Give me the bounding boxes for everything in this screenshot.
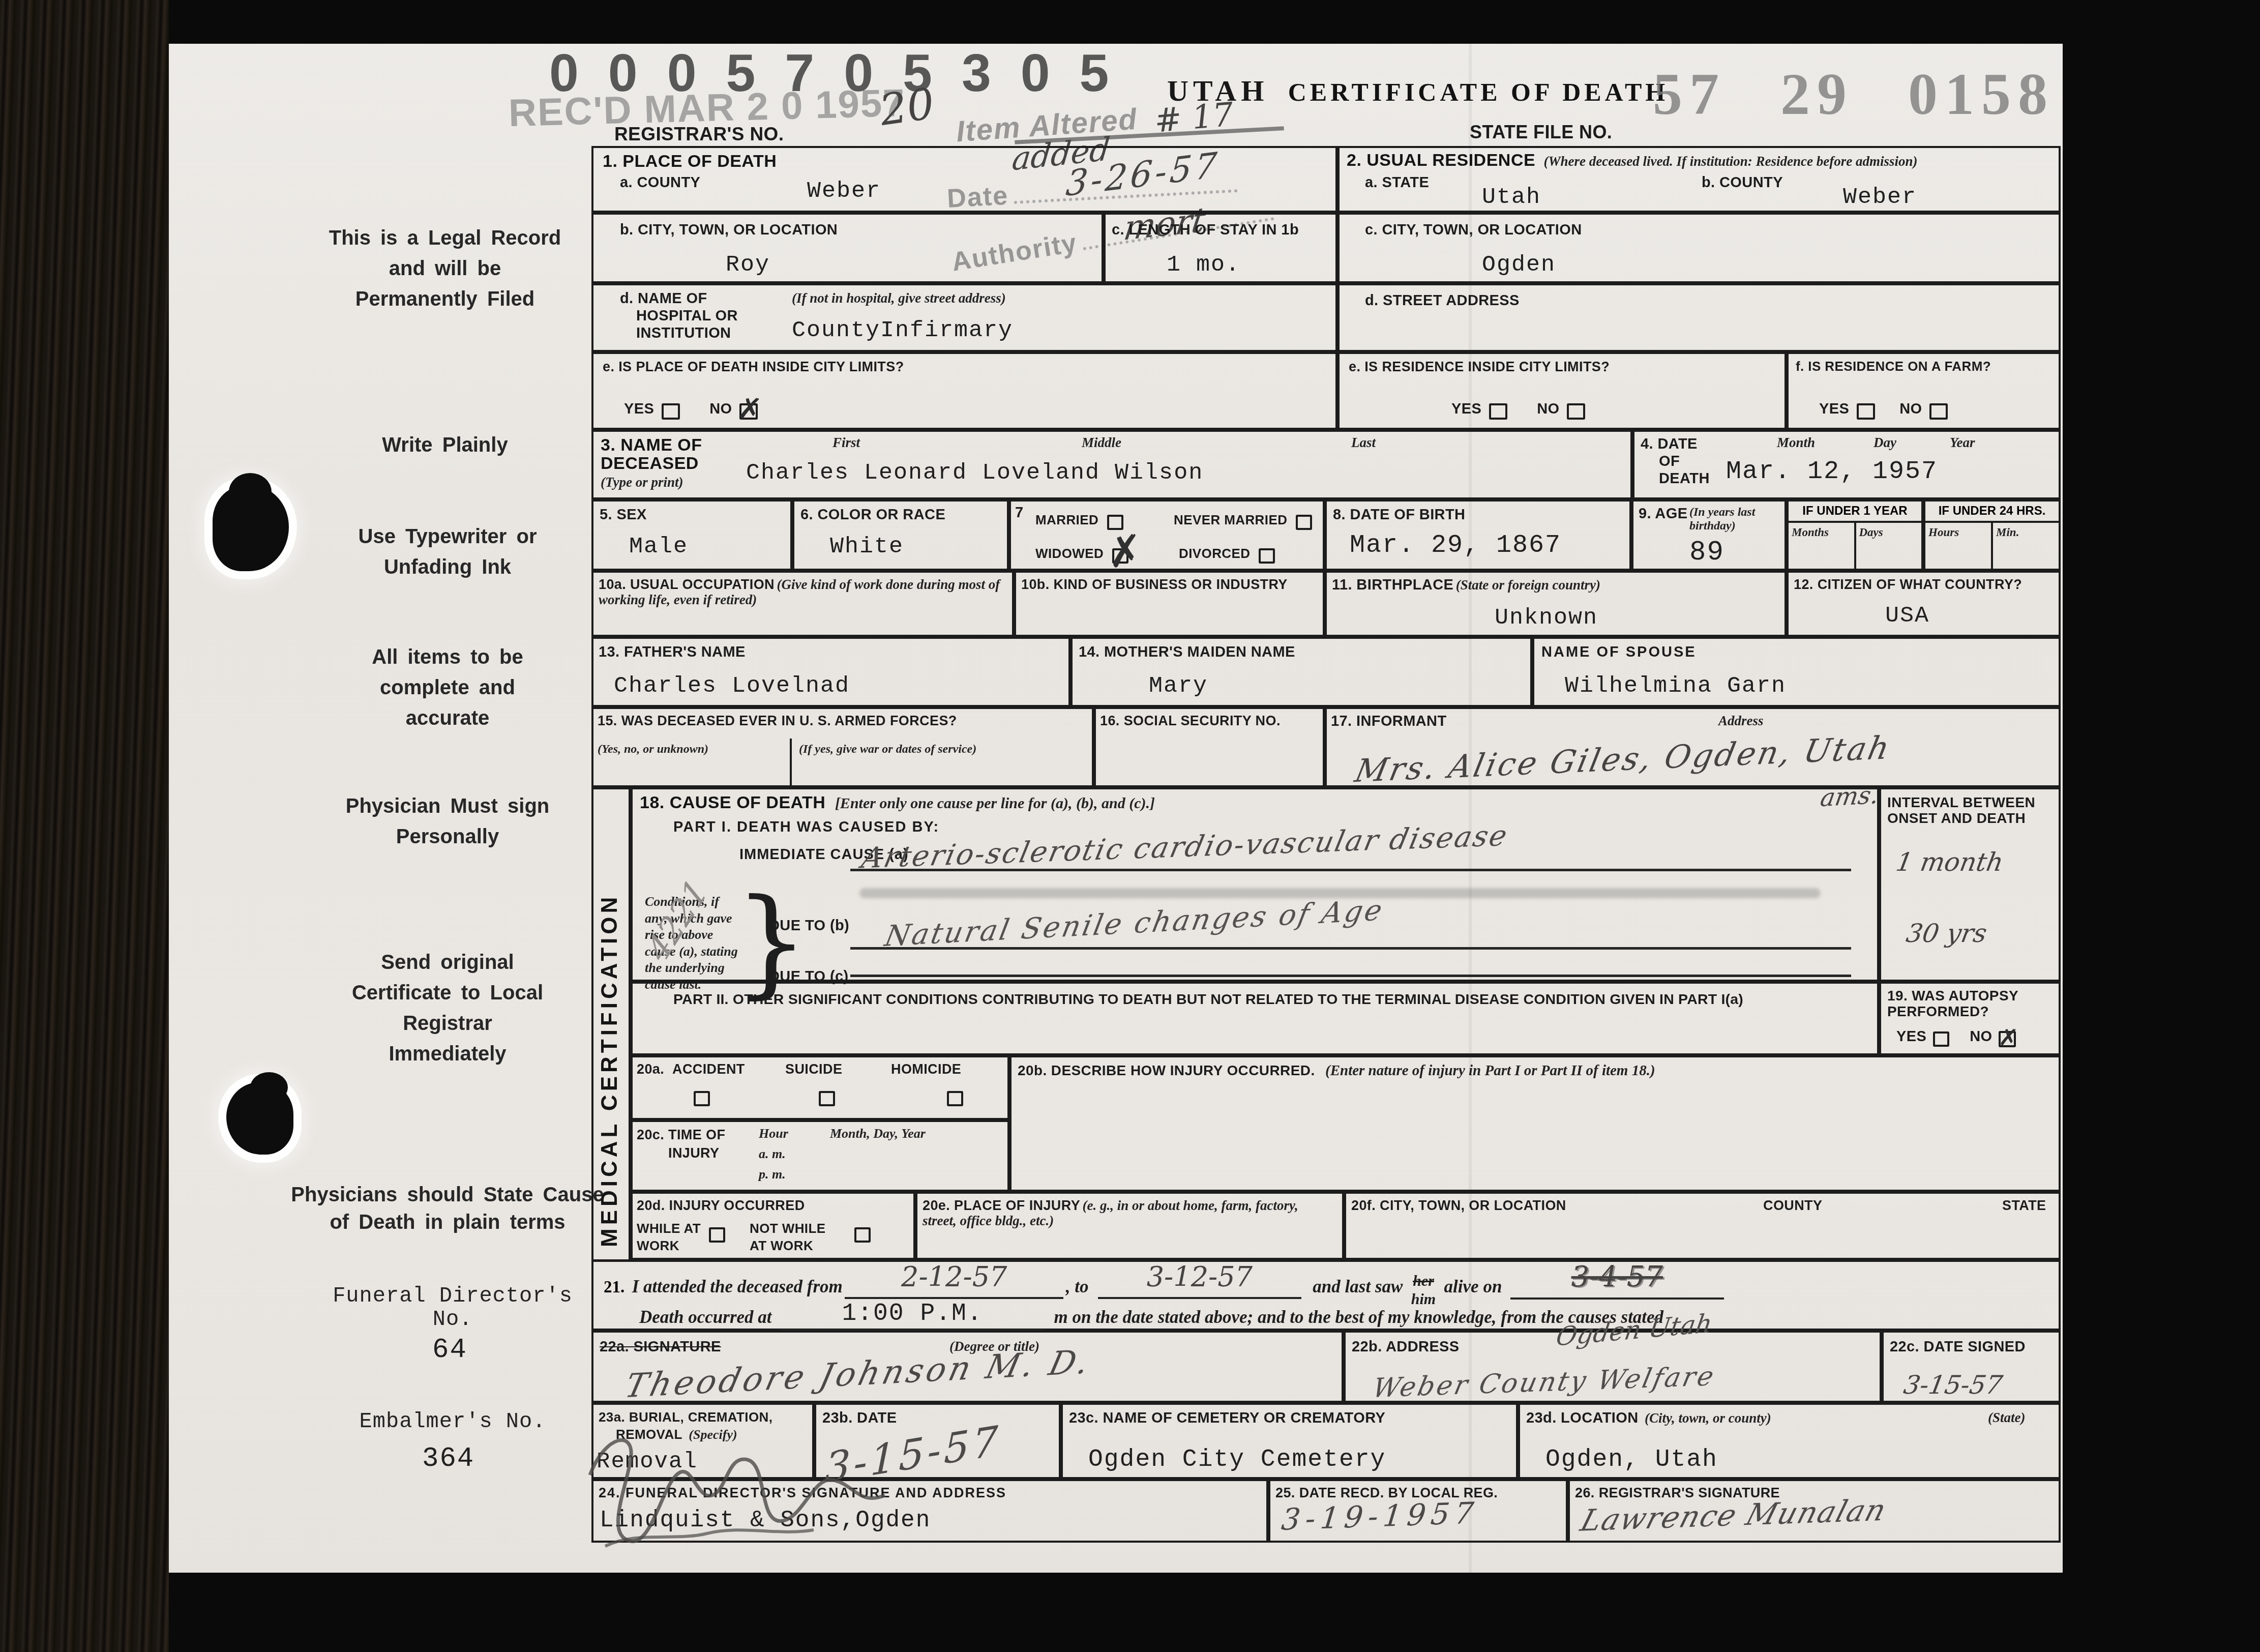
her-struck: her — [1411, 1272, 1436, 1290]
margin-note-plain-terms: Physicians should State Cause of Death i… — [285, 1181, 610, 1236]
homicide-label: HOMICIDE — [891, 1061, 961, 1077]
cell-cause-of-death: 18. CAUSE OF DEATH [Enter only one cause… — [631, 787, 1879, 982]
month-label: Month — [1777, 435, 1815, 450]
physician-address-label: 22b. ADDRESS — [1352, 1339, 1460, 1355]
length-of-stay-label: c. LENGTH OF STAY IN 1b — [1112, 222, 1299, 238]
date-signed-value: 3-15-57 — [1902, 1372, 2005, 1398]
mdy-label: Month, Day, Year — [830, 1126, 926, 1141]
hospital-label-3: INSTITUTION — [636, 325, 731, 341]
under-1-year-cols: Months Days — [1789, 523, 1921, 570]
not-while-at-work-checkbox — [854, 1227, 871, 1243]
birthplace-labels: 11. BIRTHPLACE (State or foreign country… — [1332, 577, 1600, 593]
cell-industry: 10b. KIND OF BUSINESS OR INDUSTRY — [1014, 571, 1325, 637]
cemetery-label: 23c. NAME OF CEMETERY OR CREMATORY — [1069, 1410, 1385, 1426]
cell-mother-name: 14. MOTHER'S MAIDEN NAME Mary — [1070, 637, 1532, 707]
no-label: NO — [1899, 401, 1922, 417]
hour-label: Hour — [759, 1126, 788, 1141]
accident-checkbox — [694, 1091, 710, 1106]
attended-line-1: 21. I attended the deceased from 2-12-57… — [604, 1269, 1724, 1309]
yes-label: YES — [1451, 401, 1481, 417]
cause-b-line — [850, 947, 1851, 950]
under-1-year-header: IF UNDER 1 YEAR — [1789, 501, 1921, 523]
cell-interval: INTERVAL BETWEEN ONSET AND DEATH 1 month… — [1879, 787, 2061, 982]
months-col: Months — [1789, 523, 1856, 570]
interval-a-value: 1 month — [1894, 849, 2006, 875]
armed-forces-hint-2: (If yes, give war or dates of service) — [799, 743, 1084, 756]
length-of-stay-value: 1 mo. — [1167, 253, 1240, 276]
cell-city-of-death: b. CITY, TOWN, OR LOCATION Roy — [591, 213, 1104, 283]
cell-citizenship: 12. CITIZEN OF WHAT COUNTRY? USA — [1787, 571, 2061, 637]
age-label: 9. AGE — [1639, 506, 1687, 522]
injury-state-label: STATE — [2002, 1198, 2046, 1213]
mother-name-value: Mary — [1149, 674, 1208, 697]
cell-marital-status: 7 MARRIED NEVER MARRIED WIDOWED ✗ DIVORC… — [1009, 499, 1325, 571]
title-utah: UTAH — [1167, 74, 1268, 107]
cell-injury-location: 20f. CITY, TOWN, OR LOCATION COUNTY STAT… — [1344, 1192, 2061, 1260]
color-race-value: White — [830, 535, 904, 558]
cell-cemetery: 23c. NAME OF CEMETERY OR CREMATORY Ogden… — [1061, 1403, 1518, 1479]
residence-farm-options: YES NO — [1819, 401, 1948, 420]
cell-armed-forces: 15. WAS DECEASED EVER IN U. S. ARMED FOR… — [591, 707, 1094, 787]
cell-residence-city-limits: e. IS RESIDENCE INSIDE CITY LIMITS? YES … — [1337, 352, 1787, 430]
yes-label: YES — [624, 401, 654, 417]
father-name-value: Charles Lovelnad — [614, 674, 850, 697]
residence-city-limits-options: YES NO — [1451, 401, 1585, 420]
cell-place-of-injury: 20e. PLACE OF INJURY (e. g., in or about… — [915, 1192, 1344, 1260]
day-label: Day — [1874, 435, 1896, 450]
state-file-no-label: STATE FILE NO. — [1470, 122, 1612, 142]
armed-forces-divider — [790, 739, 792, 787]
cell-describe-injury: 20b. DESCRIBE HOW INJURY OCCURRED. (Ente… — [1009, 1055, 2061, 1192]
injury-city-label: 20f. CITY, TOWN, OR LOCATION — [1351, 1198, 1566, 1213]
burial-location-value: Ogden, Utah — [1545, 1448, 1718, 1472]
residence-city-value: Ogden — [1482, 253, 1556, 276]
cell-autopsy: 19. WAS AUTOPSY PERFORMED? YES NO ✗ — [1879, 982, 2061, 1055]
divorced-option: DIVORCED — [1179, 546, 1275, 564]
cell-name-of-deceased: 3. NAME OF DECEASED (Type or print) Firs… — [591, 430, 1632, 499]
cell-usual-residence: 2. USUAL RESIDENCE (Where deceased lived… — [1337, 146, 2061, 213]
cell-under-1-year: IF UNDER 1 YEAR Months Days — [1787, 499, 1923, 571]
widowed-option: WIDOWED ✗ — [1035, 546, 1128, 564]
while-at-work-label-1: WHILE AT — [637, 1221, 701, 1236]
death-time-blank: 1:00 P.M. — [780, 1305, 1045, 1331]
cell-ssn: 16. SOCIAL SECURITY NO. — [1094, 707, 1325, 787]
hospital-hint: (If not in hospital, give street address… — [792, 290, 1006, 306]
residence-farm-label: f. IS RESIDENCE ON A FARM? — [1796, 359, 1991, 374]
widowed-checkbox-checked: ✗ — [1112, 548, 1128, 564]
margin-note-complete: All items to be complete and accurate — [336, 642, 559, 733]
occupation-labels: 10a. USUAL OCCUPATION (Give kind of work… — [599, 577, 1005, 607]
color-race-label: 6. COLOR OR RACE — [800, 507, 945, 523]
no-checkbox — [1929, 403, 1948, 420]
injury-county-label: COUNTY — [1763, 1198, 1822, 1213]
cause-of-death-title-row: 18. CAUSE OF DEATH [Enter only one cause… — [640, 793, 1155, 812]
autopsy-label: 19. WAS AUTOPSY PERFORMED? — [1887, 988, 2050, 1020]
place-of-death-title: 1. PLACE OF DEATH — [603, 152, 777, 171]
mother-name-label: 14. MOTHER'S MAIDEN NAME — [1079, 644, 1295, 660]
under-24-hrs-cols: Hours Min. — [1925, 523, 2059, 570]
name-label-1: 3. NAME OF — [601, 436, 702, 455]
left-binding-edge — [0, 0, 169, 1652]
funeral-director-no-label: Funeral Director's No. — [320, 1284, 585, 1331]
hospital-value: CountyInfirmary — [792, 319, 1013, 342]
cell-date-of-death: 4. DATE OF DEATH Month Day Year Mar. 12,… — [1632, 430, 2061, 499]
not-while-label-1: NOT WHILE — [750, 1221, 825, 1236]
informant-address-label: Address — [1718, 713, 1764, 728]
burial-location-labels: 23d. LOCATION (City, town, or county) — [1526, 1410, 1771, 1426]
usual-residence-title-row: 2. USUAL RESIDENCE (Where deceased lived… — [1347, 151, 1918, 170]
first-label: First — [832, 435, 860, 450]
cell-birthplace: 11. BIRTHPLACE (State or foreign country… — [1325, 571, 1787, 637]
suicide-label: SUICIDE — [785, 1061, 842, 1077]
no-label: NO — [709, 401, 732, 417]
embalmer-no-label: Embalmer's No. — [320, 1410, 585, 1433]
cell-sex: 5. SEX Male — [591, 499, 792, 571]
death-certificate-scan: This is a Legal Record and will be Perma… — [0, 0, 2260, 1652]
date-of-death-label-2: OF — [1659, 453, 1680, 469]
death-city-limits-options: YES NO ✗ — [624, 401, 758, 420]
age-hint: (In years last birthday) — [1689, 506, 1781, 533]
cell-injury-occurred: 20d. INJURY OCCURRED WHILE AT WORK NOT W… — [631, 1192, 915, 1260]
cell-father-name: 13. FATHER'S NAME Charles Lovelnad — [591, 637, 1070, 707]
death-city-limits-label: e. IS PLACE OF DEATH INSIDE CITY LIMITS? — [603, 359, 904, 374]
place-of-injury-labels: 20e. PLACE OF INJURY (e. g., in or about… — [923, 1198, 1334, 1228]
no-checkbox-checked: ✗ — [739, 403, 758, 420]
days-col: Days — [1856, 523, 1922, 570]
name-label-2: DECEASED — [601, 454, 699, 473]
city-of-death-label: b. CITY, TOWN, OR LOCATION — [620, 222, 838, 238]
divorced-checkbox — [1259, 548, 1275, 564]
state-file-number-stamp: 57 29 0158 — [1653, 65, 2055, 124]
name-hint: (Type or print) — [601, 475, 683, 490]
cell-medical-certification-strip: MEDICAL CERTIFICATION — [591, 787, 631, 1261]
cell-length-of-stay: c. LENGTH OF STAY IN 1b 1 mo. — [1104, 213, 1337, 283]
while-at-work-checkbox — [709, 1227, 725, 1243]
attended-line-2: Death occurred at 1:00 P.M. m on the dat… — [639, 1305, 1663, 1331]
death-time-value: 1:00 P.M. — [842, 1300, 983, 1327]
attended-to-value: 3-12-57 — [1147, 1261, 1253, 1293]
date-received-value: 3-19-1957 — [1280, 1498, 1480, 1535]
yes-checkbox — [1857, 403, 1875, 420]
ssn-label: 16. SOCIAL SECURITY NO. — [1100, 713, 1281, 728]
hours-col: Hours — [1925, 523, 1993, 570]
date-of-birth-label: 8. DATE OF BIRTH — [1333, 507, 1465, 523]
cell-spouse-name: NAME OF SPOUSE Wilhelmina Garn — [1532, 637, 2061, 707]
yes-checkbox — [1489, 403, 1507, 420]
min-col: Min. — [1993, 523, 2059, 570]
burial-state-hint: (State) — [1988, 1410, 2026, 1425]
cell-date-of-birth: 8. DATE OF BIRTH Mar. 29, 1867 — [1325, 499, 1631, 571]
pm-label: p. m. — [759, 1167, 786, 1182]
middle-label: Middle — [1082, 435, 1121, 450]
signature-label: 22a. SIGNATURE — [600, 1339, 721, 1355]
cell-place-of-death: 1. PLACE OF DEATH a. COUNTY Weber — [591, 146, 1337, 213]
autopsy-options: YES NO ✗ — [1896, 1028, 2016, 1047]
usual-residence-title: 2. USUAL RESIDENCE — [1347, 151, 1535, 170]
cell-age: 9. AGE (In years last birthday) 89 — [1631, 499, 1787, 571]
informant-label: 17. INFORMANT — [1331, 713, 1447, 729]
suicide-checkbox — [819, 1091, 835, 1106]
cell-occupation: 10a. USUAL OCCUPATION (Give kind of work… — [591, 571, 1014, 637]
cell-attended-statement: 21. I attended the deceased from 2-12-57… — [591, 1260, 2061, 1331]
industry-label: 10b. KIND OF BUSINESS OR INDUSTRY — [1021, 577, 1288, 592]
no-checkbox-checked: ✗ — [1999, 1031, 2016, 1047]
residence-county-label: b. COUNTY — [1702, 174, 1783, 191]
date-of-death-value: Mar. 12, 1957 — [1726, 459, 1938, 485]
part2-label: PART II. OTHER SIGNIFICANT CONDITIONS CO… — [673, 992, 1858, 1008]
punch-hole-lobe — [250, 1072, 288, 1103]
item-21-number: 21. — [604, 1278, 625, 1296]
city-of-death-value: Roy — [726, 253, 770, 276]
cell-part2: PART II. OTHER SIGNIFICANT CONDITIONS CO… — [631, 982, 1879, 1055]
cell-accident-suicide-homicide: 20a. ACCIDENT SUICIDE HOMICIDE — [631, 1055, 1009, 1120]
certificate-title: UTAH CERTIFICATE OF DEATH — [1167, 76, 1669, 106]
attended-to-blank: 3-12-57 — [1098, 1270, 1301, 1299]
attended-from-blank: 2-12-57 — [845, 1270, 1063, 1299]
year-label: Year — [1950, 435, 1975, 450]
name-value: Charles Leonard Loveland Wilson — [746, 461, 1203, 484]
cell-death-city-limits: e. IS PLACE OF DEATH INSIDE CITY LIMITS?… — [591, 352, 1337, 430]
street-address-label: d. STREET ADDRESS — [1365, 292, 1520, 309]
last-label: Last — [1351, 435, 1376, 450]
part1-label: PART I. DEATH WAS CAUSED BY: — [673, 819, 939, 835]
embalmer-no-value: 364 — [422, 1445, 474, 1473]
sex-value: Male — [629, 535, 688, 558]
margin-note-write-plainly: Write Plainly — [325, 430, 564, 460]
cell-residence-farm: f. IS RESIDENCE ON A FARM? YES NO — [1787, 352, 2061, 430]
while-at-work-label-2: WORK — [637, 1238, 679, 1253]
cell-color-race: 6. COLOR OR RACE White — [792, 499, 1009, 571]
hospital-label-2: HOSPITAL OR — [636, 308, 738, 324]
date-of-birth-value: Mar. 29, 1867 — [1350, 533, 1561, 558]
never-married-option: NEVER MARRIED — [1174, 513, 1312, 530]
no-checkbox — [1567, 403, 1585, 420]
homicide-checkbox — [947, 1091, 963, 1106]
no-label: NO — [1537, 401, 1559, 417]
armed-forces-hint-1: (Yes, no, or unknown) — [598, 743, 781, 756]
punch-hole-lobe — [229, 473, 272, 511]
sex-label: 5. SEX — [600, 507, 647, 523]
no-label: NO — [1970, 1028, 1992, 1045]
father-name-label: 13. FATHER'S NAME — [599, 644, 746, 660]
residence-county-value: Weber — [1843, 186, 1917, 209]
yes-label: YES — [1819, 401, 1849, 417]
margin-note-typewriter: Use Typewriter or Unfading Ink — [315, 521, 580, 582]
cell-under-24-hrs: IF UNDER 24 HRS. Hours Min. — [1923, 499, 2061, 571]
date-of-death-label-3: DEATH — [1659, 470, 1710, 487]
citizenship-label: 12. CITIZEN OF WHAT COUNTRY? — [1794, 577, 2022, 592]
cemetery-value: Ogden City Cemetery — [1088, 1448, 1386, 1472]
citizenship-value: USA — [1885, 604, 1929, 627]
alive-on-blank: 3-4-57 — [1510, 1269, 1724, 1300]
under-24-hrs-header: IF UNDER 24 HRS. — [1925, 501, 2059, 523]
funeral-director-no-value: 64 — [432, 1337, 467, 1364]
registrars-no-label: REGISTRAR'S NO. — [614, 124, 784, 144]
am-label: a. m. — [759, 1146, 786, 1161]
marital-number: 7 — [1015, 505, 1024, 521]
accident-label: ACCIDENT — [672, 1061, 745, 1077]
injury-occurred-label: 20d. INJURY OCCURRED — [637, 1198, 805, 1213]
interval-label: INTERVAL BETWEEN ONSET AND DEATH — [1887, 794, 2050, 827]
due-to-b-label: DUE TO (b) — [769, 918, 849, 934]
cell-residence-city: c. CITY, TOWN, OR LOCATION Ogden — [1337, 213, 2061, 283]
county-value: Weber — [807, 180, 881, 202]
yes-label: YES — [1896, 1028, 1926, 1045]
date-of-death-label-1: 4. DATE — [1641, 436, 1698, 452]
cell-hospital-name: d. NAME OF HOSPITAL OR INSTITUTION (If n… — [591, 283, 1337, 352]
alive-on-value: 3-4-57 — [1571, 1260, 1663, 1293]
residence-state-label: a. STATE — [1365, 174, 1429, 191]
county-label: a. COUNTY — [620, 174, 700, 191]
residence-city-label: c. CITY, TOWN, OR LOCATION — [1365, 222, 1582, 238]
cell-street-address: d. STREET ADDRESS — [1337, 283, 2061, 352]
spouse-name-label: NAME OF SPOUSE — [1541, 644, 1697, 660]
age-value: 89 — [1689, 539, 1724, 567]
married-option: MARRIED — [1035, 513, 1123, 530]
title-certificate-of-death: CERTIFICATE OF DEATH — [1288, 78, 1669, 106]
date-signed-label: 22c. DATE SIGNED — [1890, 1339, 2026, 1355]
her-him-stack: her him — [1411, 1272, 1436, 1309]
residence-state-value: Utah — [1482, 186, 1541, 209]
describe-injury-labels: 20b. DESCRIBE HOW INJURY OCCURRED. (Ente… — [1018, 1063, 1655, 1079]
armed-forces-label: 15. WAS DECEASED EVER IN U. S. ARMED FOR… — [598, 713, 957, 728]
cell-time-of-injury: 20c. TIME OF INJURY Hour a. m. p. m. Mon… — [631, 1120, 1009, 1192]
yes-checkbox — [662, 403, 680, 420]
usual-residence-hint: (Where deceased lived. If institution: R… — [1544, 154, 1918, 169]
residence-city-limits-label: e. IS RESIDENCE INSIDE CITY LIMITS? — [1349, 359, 1610, 374]
item-20a-number: 20a. — [637, 1061, 664, 1077]
time-of-injury-label-1: 20c. TIME OF — [637, 1127, 725, 1142]
not-while-label-2: AT WORK — [750, 1238, 813, 1253]
time-of-injury-label-2: INJURY — [668, 1145, 719, 1161]
yes-checkbox — [1933, 1031, 1949, 1047]
hospital-label-1: d. NAME OF — [620, 290, 707, 307]
cause-c-line — [850, 975, 1851, 977]
cell-date-signed: 22c. DATE SIGNED 3-15-57 — [1882, 1331, 2061, 1403]
medical-certification-vertical-label: MEDICAL CERTIFICATION — [599, 800, 621, 1247]
margin-note-send-original: Send original Certificate to Local Regis… — [346, 947, 549, 1069]
margin-note-legal-record: This is a Legal Record and will be Perma… — [325, 223, 564, 314]
never-married-checkbox — [1296, 515, 1312, 530]
registrars-no-value: 20 — [877, 82, 937, 132]
birthplace-value: Unknown — [1495, 606, 1598, 629]
interval-b-value: 30 yrs — [1905, 921, 1989, 946]
attended-from-value: 2-12-57 — [901, 1261, 1007, 1293]
cell-burial-location: 23d. LOCATION (City, town, or county) (S… — [1518, 1403, 2061, 1479]
spouse-name-value: Wilhelmina Garn — [1565, 674, 1786, 697]
funeral-director-signature-flourish — [575, 1414, 900, 1567]
margin-note-physician-sign: Physician Must sign Personally — [336, 791, 559, 852]
